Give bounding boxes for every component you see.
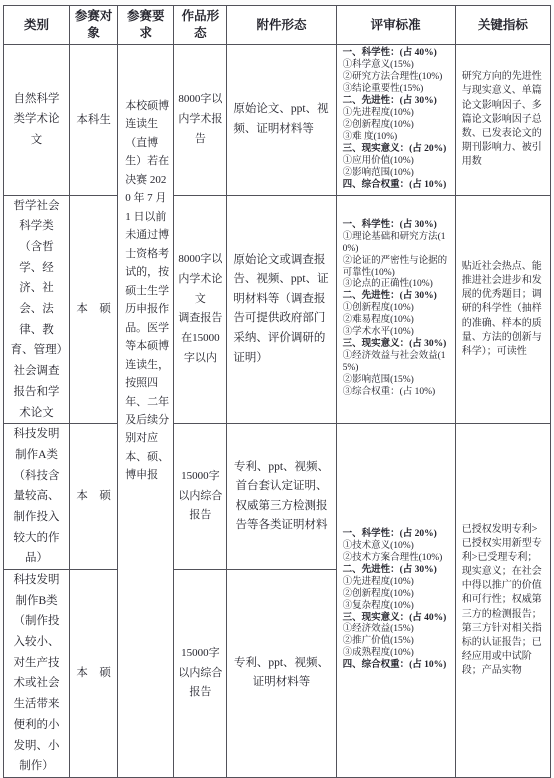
- competition-categories-table: 类别 参赛对象 参赛要求 作品形态 附件形态 评审标准 关键指标 自然科学类学术…: [3, 5, 551, 778]
- natural-science-category-cell: 自然科学类学术论文: [4, 45, 70, 196]
- invention-b-work-form-cell: 15000字以内综合报告: [174, 570, 227, 778]
- header-participants: 参赛对象: [70, 6, 118, 45]
- social-science-attachments-cell: 原始论文或调查报告、视频、ppt、证明材料等（调查报告可提供政府部门采纳、评价调…: [227, 195, 336, 424]
- invention-b-participants-cell: 本 硕: [70, 570, 118, 778]
- invention-a-participants-cell: 本 硕: [70, 424, 118, 570]
- natural-science-work-form-cell: 8000字以内学术报告: [174, 45, 227, 196]
- row-natural-science: 自然科学类学术论文 本科生 本校硕博连读生（直博生）若在决赛 2020 年 7 …: [4, 45, 551, 196]
- invention-a-attachments-cell: 专利、ppt、视频、首台套认定证明、权威第三方检测报告等各类证明材料: [227, 424, 336, 570]
- header-row: 类别 参赛对象 参赛要求 作品形态 附件形态 评审标准 关键指标: [4, 6, 551, 45]
- social-science-category-cell: 哲学社会科学类（含哲学、经济、社会、法律、教育、管理）社会调查报告和学术论文: [4, 195, 70, 424]
- social-science-indicators-cell: 贴近社会热点、能推进社会进步和发展的优秀题目；调研的科学性（抽样的准确、样本的质…: [455, 195, 550, 424]
- row-invention-a: 科技发明制作A类（科技含量较高、制作投入较大的作品） 本 硕 15000字以内综…: [4, 424, 551, 570]
- natural-science-attachments-cell: 原始论文、ppt、视频、证明材料等: [227, 45, 336, 196]
- social-science-participants-cell: 本 硕: [70, 195, 118, 424]
- invention-a-category-cell: 科技发明制作A类（科技含量较高、制作投入较大的作品）: [4, 424, 70, 570]
- header-attachments: 附件形态: [227, 6, 336, 45]
- invention-criteria-merged-cell: 一、科学性：(占 20%)①技术意义(10%)②技术方案合理性(10%)二、先进…: [336, 424, 455, 778]
- natural-science-indicators-cell: 研究方向的先进性与现实意义、单篇论文影响因子、多篇论文影响因子总数、已发表论文的…: [455, 45, 550, 196]
- header-key-indicators: 关键指标: [455, 6, 550, 45]
- invention-b-attachments-cell: 专利、ppt、视频、证明材料等: [227, 570, 336, 778]
- invention-indicators-merged-cell: 已授权发明专利>已授权实用新型专利>已受理专利；现实意义；在社会中得以推广的价值…: [455, 424, 550, 778]
- natural-science-participants-cell: 本科生: [70, 45, 118, 196]
- row-social-science: 哲学社会科学类（含哲学、经济、社会、法律、教育、管理）社会调查报告和学术论文 本…: [4, 195, 551, 424]
- social-science-criteria-cell: 一、科学性：(占 30%)①理论基础和研究方法(10%)②论证的严密性与论据的可…: [336, 195, 455, 424]
- natural-science-criteria-cell: 一、科学性：(占 40%)①科学意义(15%)②研究方法合理性(10%)③结论重…: [336, 45, 455, 196]
- requirements-merged-cell: 本校硕博连读生（直博生）若在决赛 2020 年 7 月 1 日以前未通过博士资格…: [118, 45, 174, 778]
- header-category: 类别: [4, 6, 70, 45]
- header-work-form: 作品形态: [174, 6, 227, 45]
- header-review-criteria: 评审标准: [336, 6, 455, 45]
- social-science-work-form-cell: 8000字以内学术论文 调查报告在15000字以内: [174, 195, 227, 424]
- invention-a-work-form-cell: 15000字以内综合报告: [174, 424, 227, 570]
- invention-b-category-cell: 科技发明制作B类（制作投入较小、对生产技术或社会生活带来便利的小发明、小制作）: [4, 570, 70, 778]
- header-requirements: 参赛要求: [118, 6, 174, 45]
